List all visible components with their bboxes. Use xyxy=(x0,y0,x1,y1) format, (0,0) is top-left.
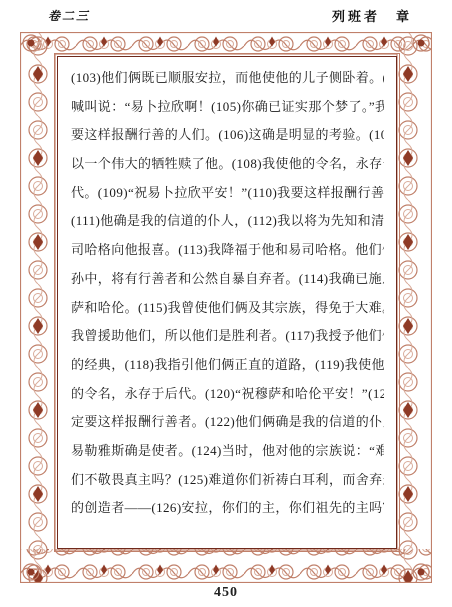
body-text-line: 代。(109)“祝易卜拉欣平安！”(110)我要这样报酬行善者。 xyxy=(71,179,384,208)
body-text-line: 易勒雅斯确是使者。(124)当时，他对他的宗族说：“难道你 xyxy=(71,437,384,466)
body-text-line: 的经典，(118)我指引他们俩正直的道路，(119)我使他们俩 xyxy=(71,351,384,380)
page-number: 450 xyxy=(0,585,452,601)
body-text-line: 司哈格向他报喜。(113)我降福于他和易司哈格。他们俩的子 xyxy=(71,236,384,265)
ornate-border-frame: (103)他们俩既已顺服安拉，而他使他的儿子侧卧着。(104)我喊叫说：“易卜拉… xyxy=(20,32,432,583)
body-text-line: 定要这样报酬行善者。(122)他们俩确是我的信道的仆人。(123) xyxy=(71,408,384,437)
inner-rule-frame: (103)他们俩既已顺服安拉，而他使他的儿子侧卧着。(104)我喊叫说：“易卜拉… xyxy=(57,56,397,549)
running-head-volume: 卷二三 xyxy=(48,7,90,24)
body-text-line: 以一个伟大的牺牲赎了他。(108)我使他的令名，永存于后 xyxy=(71,150,384,179)
body-text-line: 喊叫说：“易卜拉欣啊！(105)你确已证实那个梦了。”我必定 xyxy=(71,93,384,122)
book-page: 卷二三 列班者 章 xyxy=(0,0,452,607)
scripture-text-block: (103)他们俩既已顺服安拉，而他使他的儿子侧卧着。(104)我喊叫说：“易卜拉… xyxy=(58,57,396,548)
body-text-line: 们不敬畏真主吗？(125)难道你们祈祷白耳利，而舍弃最优越 xyxy=(71,466,384,495)
body-text-line: 我曾援助他们，所以他们是胜利者。(117)我授予他们俩详明 xyxy=(71,322,384,351)
body-text-line: 萨和哈伦。(115)我曾使他们俩及其宗族，得免于大难。(116) xyxy=(71,294,384,323)
body-text-line: 要这样报酬行善的人们。(106)这确是明显的考验。(107)我 xyxy=(71,121,384,150)
body-text-line: 孙中，将有行善者和公然自暴自弃者。(114)我确已施恩于穆 xyxy=(71,265,384,294)
body-text-line: (111)他确是我的信道的仆人，(112)我以将为先知和清廉的易 xyxy=(71,207,384,236)
body-text-line: (103)他们俩既已顺服安拉，而他使他的儿子侧卧着。(104)我 xyxy=(71,64,384,93)
running-head-chapter: 列班者 章 xyxy=(332,6,412,25)
body-text-line: 的创造者——(126)安拉，你们的主，你们祖先的主吗？” xyxy=(71,494,384,523)
body-text-line: 的令名，永存于后代。(120)“祝穆萨和哈伦平安！”(121)我必 xyxy=(71,380,384,409)
